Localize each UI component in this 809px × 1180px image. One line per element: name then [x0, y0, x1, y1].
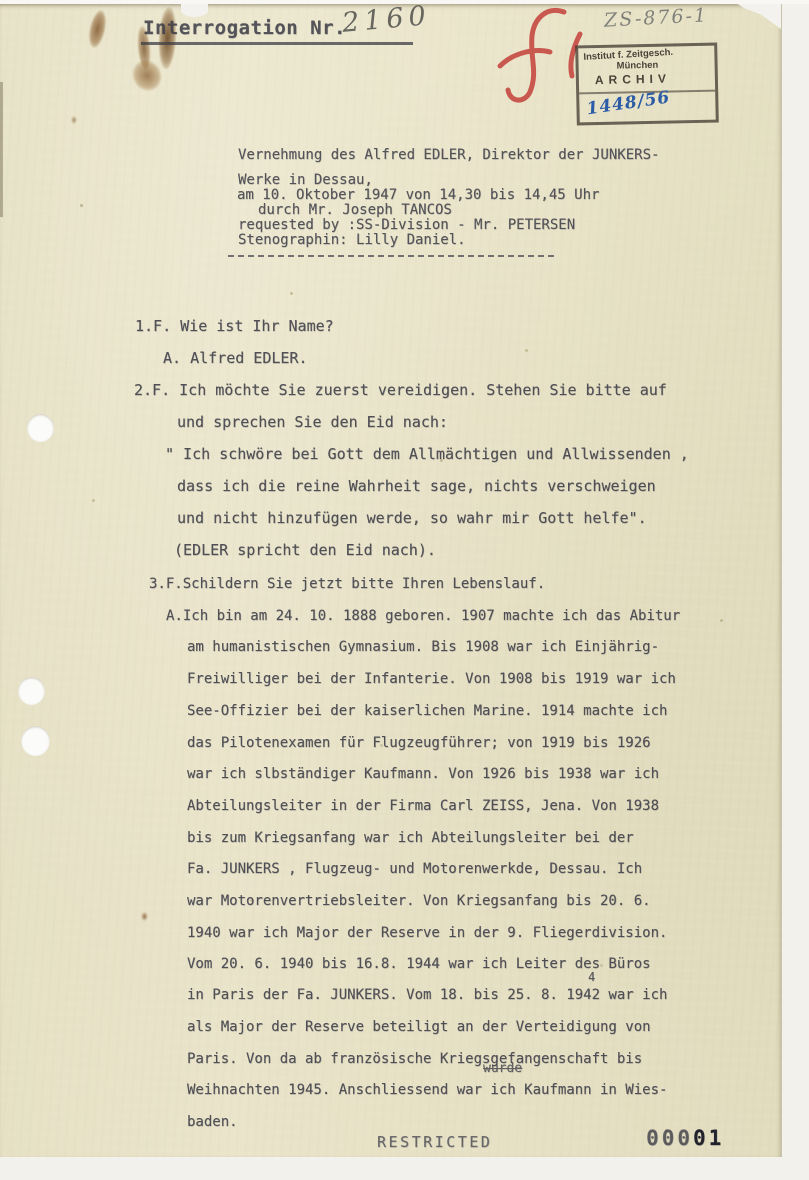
header-line: Werke in Dessau, — [238, 172, 373, 188]
rust-stain — [71, 116, 77, 124]
body-line: Fa. JUNKERS , Flugzeug- und Motorenwerkd… — [187, 861, 642, 877]
body-line: war Motorenvertriebsleiter. Von Kriegsan… — [187, 893, 651, 909]
struck-out-word: wurde — [483, 1061, 522, 1076]
header-line: durch Mr. Joseph TANCOS — [258, 202, 452, 218]
paper-tear-corner — [728, 4, 781, 29]
stamp-line-2: München — [617, 60, 659, 72]
body-line: Paris. Von da ab französische Kriegsgefa… — [187, 1051, 642, 1067]
header-line: requested by :SS-Division - Mr. PETERSEN — [238, 217, 575, 233]
body-line: 2.F. Ich möchte Sie zuerst vereidigen. S… — [134, 381, 667, 399]
header-underline — [228, 255, 554, 257]
page-number-stamp: 00001 — [646, 1126, 724, 1150]
punch-hole — [18, 677, 45, 705]
header-line: Stenographin: Lilly Daniel. — [238, 232, 466, 248]
page-number-dark-digits: 01 — [693, 1126, 724, 1150]
body-line: 3.F.Schildern Sie jetzt bitte Ihren Lebe… — [149, 576, 545, 592]
body-line: und nicht hinzufügen werde, so wahr mir … — [177, 509, 647, 527]
body-line: als Major der Reserve beteiligt an der V… — [187, 1019, 651, 1035]
interrogation-number-handwritten: 2160 — [341, 0, 432, 39]
punch-hole — [21, 726, 50, 756]
body-line: und sprechen Sie den Eid nach: — [177, 413, 448, 431]
body-line: Freiwilliger bei der Infanterie. Von 190… — [187, 671, 676, 687]
page-number-light-digits: 000 — [646, 1126, 693, 1150]
body-line: A. Alfred EDLER. — [163, 349, 308, 367]
ink-speck — [141, 912, 148, 921]
body-line: in Paris der Fa. JUNKERS. Vom 18. bis 25… — [187, 987, 667, 1003]
body-line: 1940 war ich Major der Reserve in der 9.… — [187, 925, 667, 941]
scanned-document: Interrogation Nr. 2160 ZS-876-1 Institut… — [0, 0, 809, 1180]
title-underline — [141, 42, 413, 45]
body-line: dass ich die reine Wahrheit sage, nichts… — [177, 477, 656, 495]
paper-sheet: Interrogation Nr. 2160 ZS-876-1 Institut… — [0, 4, 782, 1157]
body-line: Weihnachten 1945. Anschliessend war ich … — [187, 1082, 667, 1098]
typed-correction-digit: 4 — [588, 970, 595, 984]
body-line: am humanistischen Gymnasium. Bis 1908 wa… — [187, 639, 659, 655]
header-line: am 10. Oktober 1947 von 14,30 bis 14,45 … — [237, 187, 599, 203]
body-line: das Pilotenexamen für Flugzeugführer; vo… — [187, 735, 651, 751]
body-line: A.Ich bin am 24. 10. 1888 geboren. 1907 … — [166, 608, 680, 624]
body-line: (EDLER spricht den Eid nach). — [174, 541, 436, 559]
archive-reference-pencil: ZS-876-1 — [603, 4, 708, 31]
archive-stamp: Institut f. Zeitgesch. München ARCHIV 14… — [575, 43, 719, 126]
paper-tear-top — [181, 4, 208, 17]
classification-marking: RESTRICTED — [377, 1133, 492, 1151]
body-line: 1.F. Wie ist Ihr Name? — [135, 317, 334, 335]
body-line: baden. — [187, 1114, 238, 1130]
paper-specks — [80, 204, 83, 207]
body-line: Abteilungsleiter in der Firma Carl ZEISS… — [187, 798, 659, 814]
stamp-line-3: ARCHIV — [595, 71, 671, 87]
body-line: See-Offizier bei der kaiserlichen Marine… — [187, 703, 667, 719]
scan-edge-shadow — [0, 82, 3, 217]
punch-hole — [27, 414, 54, 442]
body-line: Vom 20. 6. 1940 bis 16.8. 1944 war ich L… — [187, 956, 651, 972]
document-title: Interrogation Nr. — [143, 17, 346, 39]
body-line: bis zum Kriegsanfang war ich Abteilungsl… — [187, 830, 634, 846]
body-line: " Ich schwöre bei Gott dem Allmächtigen … — [165, 445, 689, 463]
rust-stain — [86, 9, 109, 49]
header-line: Vernehmung des Alfred EDLER, Direktor de… — [238, 147, 659, 163]
body-line: war ich slbständiger Kaufmann. Von 1926 … — [187, 766, 659, 782]
